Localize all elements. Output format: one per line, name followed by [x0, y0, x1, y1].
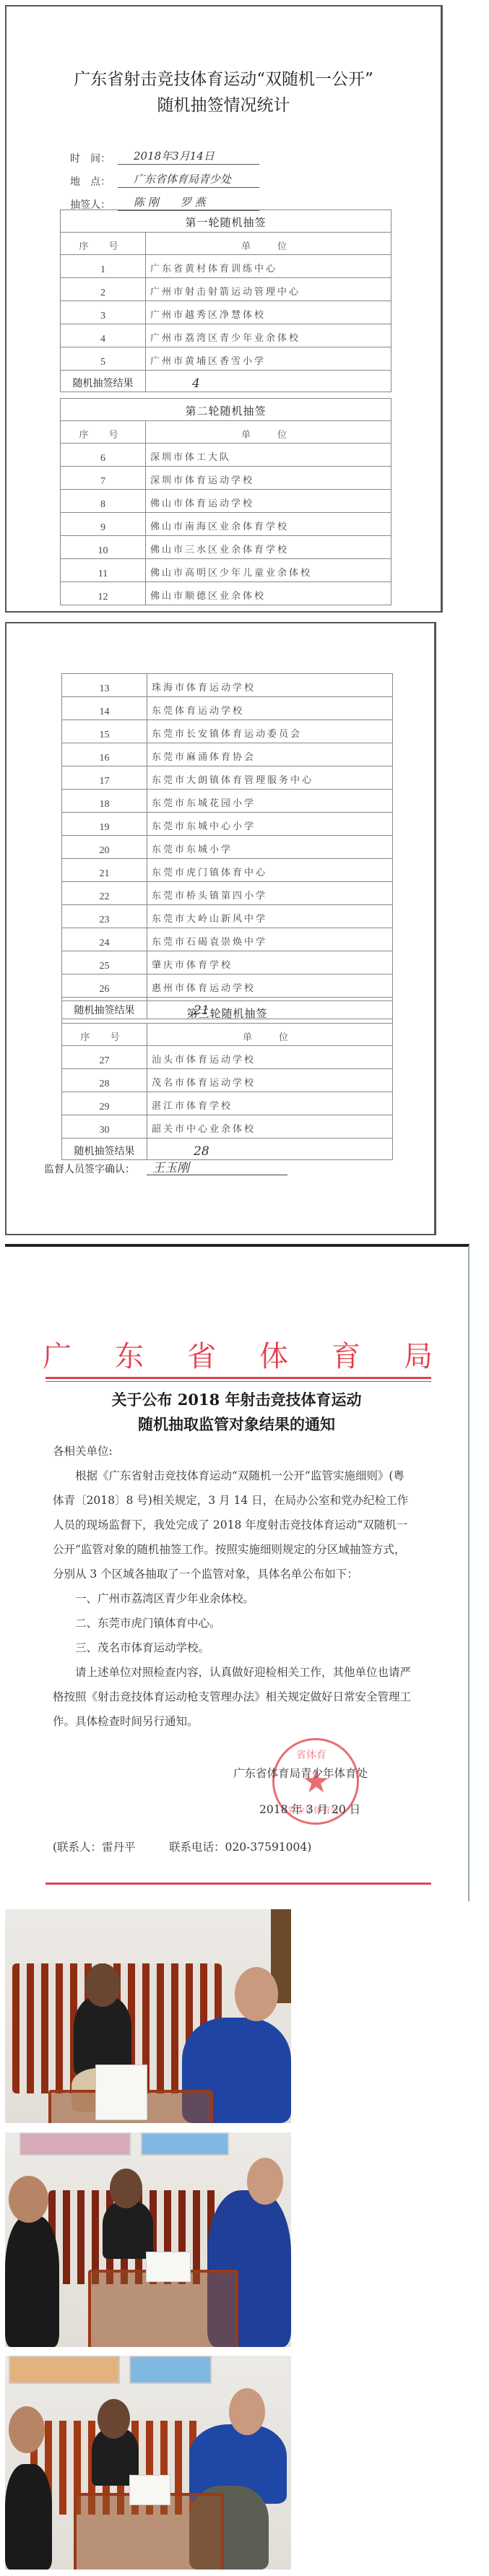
- field-time: 时 间： 2018年3月14日: [70, 151, 119, 165]
- table-row: 27汕头市体育运动学校: [62, 1046, 393, 1069]
- wall-map-world: [141, 2132, 229, 2156]
- notice-title-line2: 随机抽取监管对象结果的通知: [5, 1413, 468, 1435]
- field-time-value: 2018年3月14日: [134, 148, 215, 163]
- issuer-char: 育: [332, 1334, 360, 1375]
- table-row: 25肇庆市体育学校: [62, 951, 393, 974]
- row-number: 21: [62, 859, 147, 882]
- row-unit: 东莞体育运动学校: [147, 697, 393, 720]
- table-row: 28茂名市体育运动学校: [62, 1069, 393, 1092]
- selected-unit-1: 一、广州市荔湾区青少年业余体校。: [53, 1586, 414, 1611]
- round-3-table: 第三轮随机抽签 序 号 单 位 27汕头市体育运动学校 28茂名市体育运动学校 …: [61, 1000, 393, 1160]
- field-location-underline: [118, 187, 259, 188]
- supervisor-signature: 王玉刚: [152, 1157, 189, 1175]
- row-unit: 东莞市东城花园小学: [147, 790, 393, 813]
- row-number: 7: [61, 467, 146, 490]
- row-unit: 东莞市桥头镇第四小学: [147, 882, 393, 905]
- issuer-char: 局: [404, 1334, 433, 1375]
- young-man-black: [5, 2216, 59, 2347]
- row-number: 4: [61, 324, 146, 347]
- row-unit: 广州市越秀区净慧体校: [146, 301, 391, 324]
- table-row: 4广州市荔湾区青少年业余体校: [61, 324, 391, 347]
- row-number: 8: [61, 490, 146, 513]
- row-number: 13: [62, 674, 147, 697]
- man-head: [229, 2388, 265, 2435]
- row-unit: 深圳市体工大队: [146, 444, 391, 467]
- row-number: 19: [62, 813, 147, 836]
- table-row: 26惠州市体育运动学校: [62, 974, 393, 998]
- row-unit: 惠州市体育运动学校: [147, 974, 393, 998]
- row-unit: 珠海市体育运动学校: [147, 674, 393, 697]
- table-row: 11佛山市高明区少年儿童业余体校: [61, 559, 391, 582]
- draw-box: [146, 2252, 191, 2282]
- contact-info: (联系人：雷丹平 联系电话：020-37591004): [53, 1835, 457, 1859]
- row-number: 18: [62, 790, 147, 813]
- issuer-header: 广 东 省 体 育 局: [43, 1334, 433, 1375]
- photo-drawing-1: [5, 1909, 291, 2123]
- field-location: 地 点： 广东省体育局青少处: [70, 174, 119, 189]
- row-number: 30: [62, 1115, 147, 1138]
- table-row: 18东莞市东城花园小学: [62, 790, 393, 813]
- row-number: 12: [61, 582, 146, 605]
- wall-map-china: [9, 2356, 120, 2384]
- result-label: 随机抽签结果: [62, 1138, 147, 1160]
- table-row: 30韶关市中心业余体校: [62, 1115, 393, 1138]
- row-unit: 佛山市体育运动学校: [146, 490, 391, 513]
- table-row: 23东莞市大岭山新风中学: [62, 905, 393, 928]
- body-paragraph-1: 根据《广东省射击竞技体育运动“双随机一公开”监管实施细则》(粤体青〔2018〕8…: [53, 1464, 414, 1586]
- round-3-result: 28: [147, 1138, 393, 1160]
- field-time-label: 时 间：: [70, 151, 119, 165]
- row-unit: 东莞市东城小学: [147, 836, 393, 859]
- row-unit: 东莞市长安镇体育运动委员会: [147, 720, 393, 743]
- result-row: 随机抽签结果 28: [62, 1138, 393, 1160]
- red-divider-top-thin: [46, 1381, 431, 1382]
- col-header-unit: 单 位: [146, 421, 391, 444]
- young-man-head: [9, 2176, 48, 2223]
- woman-black-top: [74, 1996, 131, 2075]
- row-number: 14: [62, 697, 147, 720]
- table-row: 9佛山市南海区业余体育学校: [61, 513, 391, 536]
- col-header-number: 序 号: [61, 421, 146, 444]
- row-number: 20: [62, 836, 147, 859]
- table-row: 13珠海市体育运动学校: [62, 674, 393, 697]
- table-row: 5广州市黄埔区香雪小学: [61, 347, 391, 371]
- issuer-char: 东: [115, 1334, 144, 1375]
- row-number: 25: [62, 951, 147, 974]
- page-title-line2: 随机抽签情况统计: [7, 92, 441, 116]
- man-head: [247, 2158, 283, 2205]
- row-unit: 茂名市体育运动学校: [147, 1069, 393, 1092]
- row-number: 17: [62, 766, 147, 790]
- round-3-caption: 第三轮随机抽签: [62, 1001, 393, 1024]
- man-head: [235, 1967, 278, 2021]
- col-header-number: 序 号: [62, 1024, 147, 1046]
- col-header-number: 序 号: [61, 233, 146, 255]
- statistics-page-1: 广东省射击竞技体育运动“双随机一公开” 随机抽签情况统计 时 间： 2018年3…: [5, 5, 443, 613]
- field-location-value: 广东省体育局青少处: [134, 171, 231, 186]
- table-row: 15东莞市长安镇体育运动委员会: [62, 720, 393, 743]
- round-2-table-part1: 第二轮随机抽签 序 号 单 位 6深圳市体工大队 7深圳市体育运动学校 8佛山市…: [60, 398, 391, 605]
- row-number: 3: [61, 301, 146, 324]
- round-1-table: 第一轮随机抽签 序 号 单 位 1广东省黄村体育训练中心 2广州市射击射箭运动管…: [60, 209, 391, 392]
- table-row: 17东莞市大朗镇体育管理服务中心: [62, 766, 393, 790]
- table-row: 20东莞市东城小学: [62, 836, 393, 859]
- supervisor-label: 监督人员签字确认：: [44, 1164, 135, 1175]
- row-unit: 东莞市石碣袁崇焕中学: [147, 928, 393, 951]
- issuer-char: 省: [187, 1334, 216, 1375]
- col-header-unit: 单 位: [147, 1024, 393, 1046]
- round-2-table-part2: 13珠海市体育运动学校 14东莞体育运动学校 15东莞市长安镇体育运动委员会 1…: [61, 673, 393, 1019]
- seal-text-top: 省体育: [296, 1747, 326, 1762]
- row-unit: 湛江市体育学校: [147, 1092, 393, 1115]
- table-row: 21东莞市虎门镇体育中心: [62, 859, 393, 882]
- table-row: 1广东省黄村体育训练中心: [61, 255, 391, 278]
- result-label: 随机抽签结果: [61, 371, 146, 392]
- notice-title-line1: 关于公布 2018 年射击竞技体育运动: [5, 1388, 468, 1410]
- row-unit: 广东省黄村体育训练中心: [146, 255, 391, 278]
- selected-unit-2: 二、东莞市虎门镇体育中心。: [53, 1611, 414, 1635]
- row-unit: 韶关市中心业余体校: [147, 1115, 393, 1138]
- row-number: 24: [62, 928, 147, 951]
- table-row: 7深圳市体育运动学校: [61, 467, 391, 490]
- photo-drawing-3: [5, 2356, 291, 2569]
- signature-date: 2018 年 3 月 20 日: [259, 1797, 404, 1822]
- row-unit: 广州市荔湾区青少年业余体校: [146, 324, 391, 347]
- table-row: 16东莞市麻涌体育协会: [62, 743, 393, 766]
- row-number: 16: [62, 743, 147, 766]
- woman-head: [85, 1963, 121, 2007]
- row-number: 28: [62, 1069, 147, 1092]
- row-number: 23: [62, 905, 147, 928]
- row-unit: 佛山市顺德区业余体校: [146, 582, 391, 605]
- round-2-caption: 第二轮随机抽签: [61, 399, 391, 421]
- row-number: 22: [62, 882, 147, 905]
- field-location-label: 地 点：: [70, 174, 119, 189]
- issuer-char: 广: [43, 1334, 72, 1375]
- signature-org: 广东省体育局青少年体育处: [233, 1761, 407, 1786]
- wall-map-china: [20, 2132, 131, 2156]
- row-number: 27: [62, 1046, 147, 1069]
- table-row: 10佛山市三水区业余体育学校: [61, 536, 391, 559]
- statistics-page-2: 13珠海市体育运动学校 14东莞体育运动学校 15东莞市长安镇体育运动委员会 1…: [5, 622, 436, 1235]
- young-man-head: [9, 2406, 45, 2453]
- row-unit: 东莞市虎门镇体育中心: [147, 859, 393, 882]
- row-number: 9: [61, 513, 146, 536]
- table-row: 6深圳市体工大队: [61, 444, 391, 467]
- result-row: 随机抽签结果 4: [61, 371, 391, 392]
- table-row: 22东莞市桥头镇第四小学: [62, 882, 393, 905]
- row-number: 6: [61, 444, 146, 467]
- table-row: 24东莞市石碣袁崇焕中学: [62, 928, 393, 951]
- red-divider-bottom: [46, 1883, 431, 1885]
- row-number: 29: [62, 1092, 147, 1115]
- table-row: 8佛山市体育运动学校: [61, 490, 391, 513]
- table-row: 29湛江市体育学校: [62, 1092, 393, 1115]
- round-1-result: 4: [146, 371, 391, 392]
- table-row: 14东莞体育运动学校: [62, 697, 393, 720]
- row-unit: 广州市射击射箭运动管理中心: [146, 278, 391, 301]
- selected-unit-3: 三、茂名市体育运动学校。: [53, 1635, 414, 1660]
- row-unit: 佛山市南海区业余体育学校: [146, 513, 391, 536]
- red-divider-top: [46, 1377, 431, 1379]
- row-number: 11: [61, 559, 146, 582]
- supervisor-signature-row: 监督人员签字确认： 王玉刚: [44, 1162, 333, 1183]
- row-number: 1: [61, 255, 146, 278]
- row-unit: 汕头市体育运动学校: [147, 1046, 393, 1069]
- salutation: 各相关单位:: [53, 1439, 414, 1464]
- row-unit: 东莞市东城中心小学: [147, 813, 393, 836]
- table-row: 19东莞市东城中心小学: [62, 813, 393, 836]
- draw-box: [129, 2475, 170, 2505]
- body-paragraph-2: 请上述单位对照检查内容，认真做好迎检相关工作，其他单位也请严格按照《射击竞技体育…: [53, 1660, 414, 1734]
- row-unit: 深圳市体育运动学校: [146, 467, 391, 490]
- page-title-line1: 广东省射击竞技体育运动“双随机一公开”: [7, 66, 441, 90]
- row-unit: 佛山市高明区少年儿童业余体校: [146, 559, 391, 582]
- row-number: 26: [62, 974, 147, 998]
- row-unit: 东莞市麻涌体育协会: [147, 743, 393, 766]
- photo-drawing-2: [5, 2132, 291, 2347]
- field-time-underline: [118, 164, 259, 165]
- row-number: 5: [61, 347, 146, 371]
- row-number: 2: [61, 278, 146, 301]
- field-drawer-value: 陈 刚 罗 燕: [134, 194, 206, 209]
- round-1-caption: 第一轮随机抽签: [61, 210, 391, 233]
- woman-head: [110, 2169, 142, 2208]
- row-unit: 佛山市三水区业余体育学校: [146, 536, 391, 559]
- woman-head: [98, 2399, 130, 2439]
- row-unit: 东莞市大岭山新风中学: [147, 905, 393, 928]
- row-number: 15: [62, 720, 147, 743]
- young-man-black: [5, 2464, 52, 2569]
- row-unit: 肇庆市体育学校: [147, 951, 393, 974]
- wall-map-world: [129, 2356, 212, 2384]
- col-header-unit: 单 位: [146, 233, 391, 255]
- woman-black-top: [103, 2201, 153, 2259]
- official-notice: 广 东 省 体 育 局 关于公布 2018 年射击竞技体育运动 随机抽取监管对象…: [5, 1244, 469, 1901]
- row-unit: 广州市黄埔区香雪小学: [146, 347, 391, 371]
- table-row: 3广州市越秀区净慧体校: [61, 301, 391, 324]
- table-row: 2广州市射击射箭运动管理中心: [61, 278, 391, 301]
- draw-box: [95, 2065, 147, 2120]
- issuer-char: 体: [259, 1334, 288, 1375]
- row-number: 10: [61, 536, 146, 559]
- row-unit: 东莞市大朗镇体育管理服务中心: [147, 766, 393, 790]
- table-row: 12佛山市顺德区业余体校: [61, 582, 391, 605]
